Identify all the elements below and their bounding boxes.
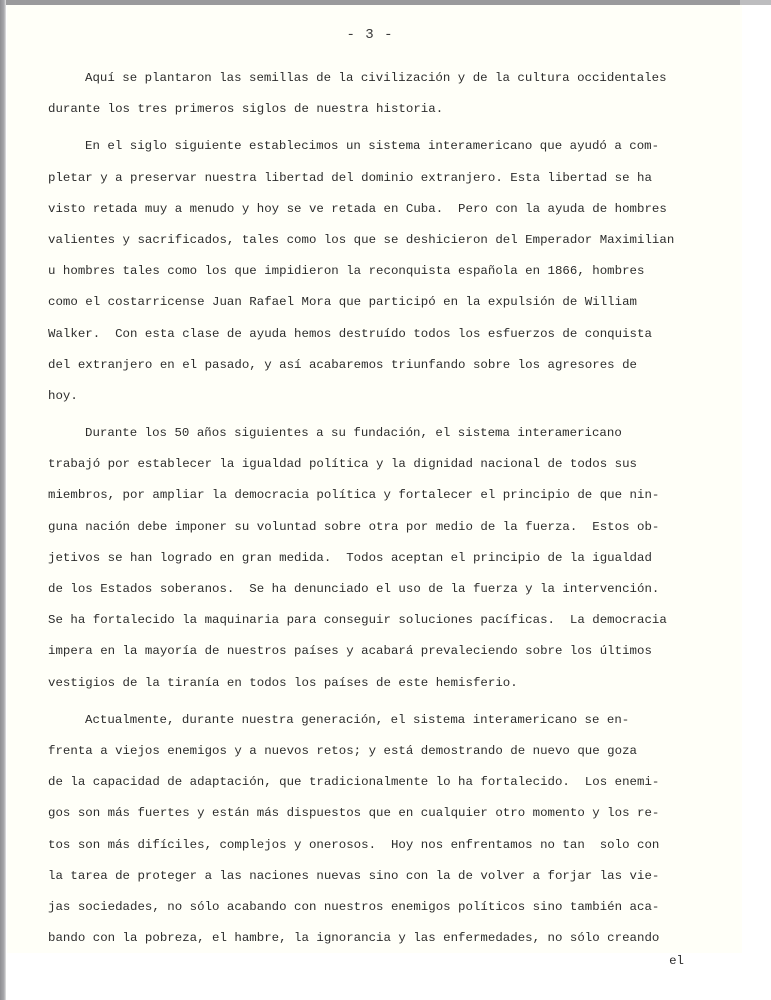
paragraph-3: Durante los 50 años siguientes a su fund… (48, 418, 728, 699)
text-line: gos son más fuertes y están más dispuest… (48, 798, 728, 829)
text-line: de los Estados soberanos. Se ha denuncia… (48, 574, 728, 605)
text-line: Aquí se plantaron las semillas de la civ… (48, 63, 728, 94)
text-line: la tarea de proteger a las naciones nuev… (48, 861, 728, 892)
scan-edge-left (0, 0, 6, 1000)
text-line: Actualmente, durante nuestra generación,… (48, 705, 728, 736)
paragraph-2: En el siglo siguiente establecimos un si… (48, 131, 728, 412)
text-line: valientes y sacrificados, tales como los… (48, 225, 728, 256)
text-line: En el siglo siguiente establecimos un si… (48, 131, 728, 162)
scan-edge-top-right (740, 0, 771, 5)
paragraph-4: Actualmente, durante nuestra generación,… (48, 705, 728, 955)
text-line: jas sociedades, no sólo acabando con nue… (48, 892, 728, 923)
text-line: hoy. (48, 381, 728, 412)
text-line: tos son más difíciles, complejos y onero… (48, 830, 728, 861)
catchword: el (48, 954, 728, 972)
text-line: trabajó por establecer la igualdad polít… (48, 449, 728, 480)
paragraph-1: Aquí se plantaron las semillas de la civ… (48, 63, 728, 125)
text-line: u hombres tales como los que impidieron … (48, 256, 728, 287)
text-line: guna nación debe imponer su voluntad sob… (48, 512, 728, 543)
text-line: bando con la pobreza, el hambre, la igno… (48, 923, 728, 954)
text-line: jetivos se han logrado en gran medida. T… (48, 543, 728, 574)
document-body: Aquí se plantaron las semillas de la civ… (48, 63, 728, 972)
text-line: Se ha fortalecido la maquinaria para con… (48, 605, 728, 636)
text-line: miembros, por ampliar la democracia polí… (48, 480, 728, 511)
text-line: del extranjero en el pasado, y así acaba… (48, 350, 728, 381)
text-line: Walker. Con esta clase de ayuda hemos de… (48, 319, 728, 350)
text-line: Durante los 50 años siguientes a su fund… (48, 418, 728, 449)
text-line: pletar y a preservar nuestra libertad de… (48, 163, 728, 194)
text-line: vestigios de la tiranía en todos los paí… (48, 668, 728, 699)
text-line: como el costarricense Juan Rafael Mora q… (48, 287, 728, 318)
text-line: impera en la mayoría de nuestros países … (48, 636, 728, 667)
page-number: - 3 - (0, 27, 740, 43)
text-line: visto retada muy a menudo y hoy se ve re… (48, 194, 728, 225)
text-line: durante los tres primeros siglos de nues… (48, 94, 728, 125)
text-line: de la capacidad de adaptación, que tradi… (48, 767, 728, 798)
text-line: frenta a viejos enemigos y a nuevos reto… (48, 736, 728, 767)
